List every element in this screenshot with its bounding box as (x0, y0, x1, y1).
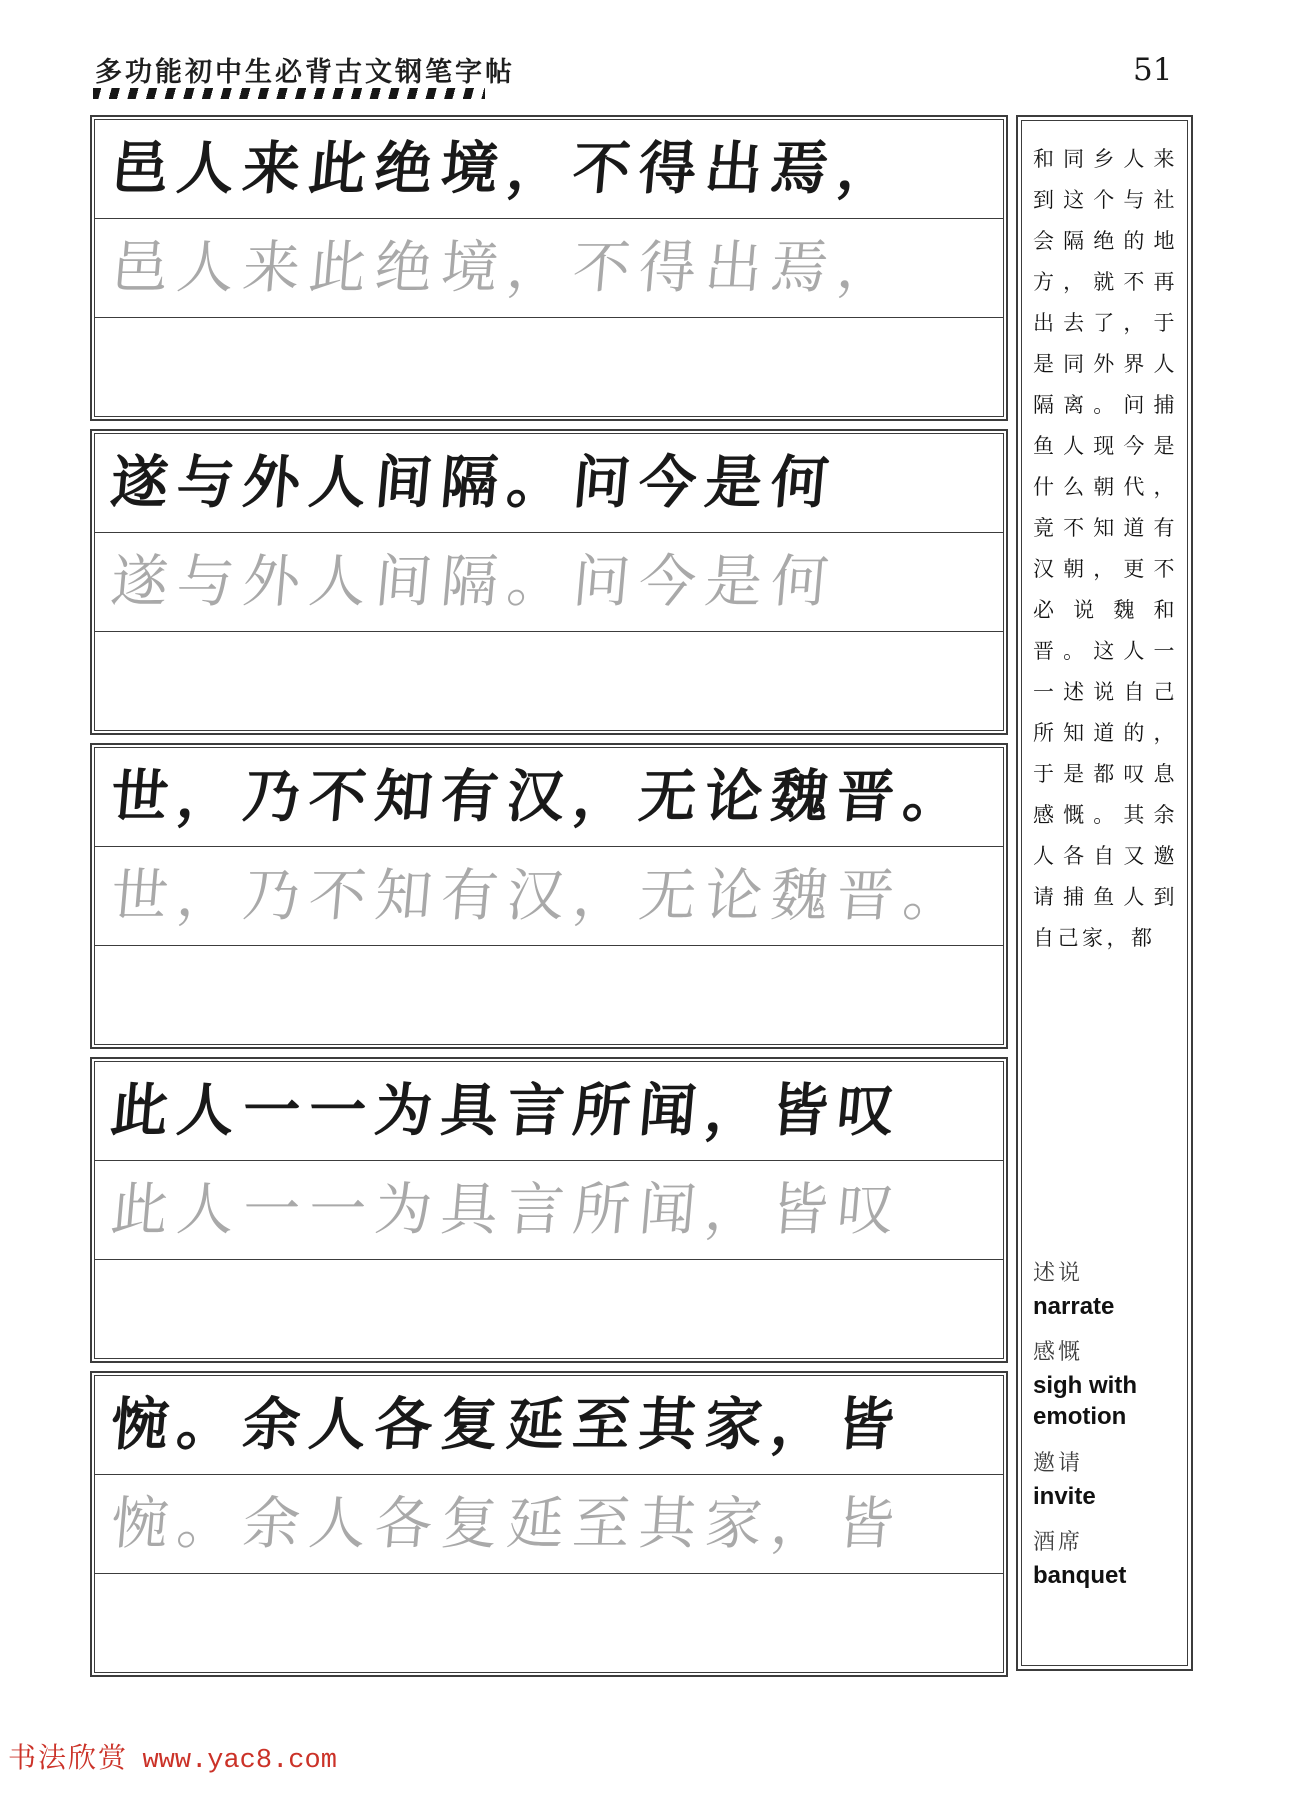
model-line: 惋。余人各复延至其家，皆 (95, 1376, 1003, 1475)
model-line-text: 遂与外人间隔。问今是何 (109, 455, 840, 512)
trace-line: 邑人来此绝境，不得出焉， (95, 219, 1003, 318)
model-line-text: 世，乃不知有汉，无论魏晋。 (109, 769, 972, 826)
practice-block-3: 世，乃不知有汉，无论魏晋。 世，乃不知有汉，无论魏晋。 (90, 743, 1008, 1049)
practice-block-1: 邑人来此绝境，不得出焉， 邑人来此绝境，不得出焉， (90, 115, 1008, 421)
trace-line-text: 遂与外人间隔。问今是何 (109, 554, 840, 611)
vocab-english: sigh with emotion (1033, 1370, 1173, 1432)
model-line: 遂与外人间隔。问今是何 (95, 434, 1003, 533)
empty-practice-line (95, 1574, 1003, 1672)
trace-line-text: 此人一一为具言所闻，皆叹 (109, 1182, 906, 1239)
trace-line: 惋。余人各复延至其家，皆 (95, 1475, 1003, 1574)
watermark-site-name: 书法欣赏 (8, 1741, 128, 1774)
empty-practice-line (95, 632, 1003, 730)
arrow-divider-decoration (93, 88, 485, 99)
watermark: 书法欣赏 www.yac8.com (8, 1736, 337, 1776)
model-line-text: 此人一一为具言所闻，皆叹 (109, 1083, 906, 1140)
practice-grid: 邑人来此绝境，不得出焉， 邑人来此绝境，不得出焉， 遂与外人间隔。问今是何 遂与… (90, 115, 1008, 1685)
vocab-item: 酒席 banquet (1033, 1525, 1173, 1591)
practice-block-1-inner: 邑人来此绝境，不得出焉， 邑人来此绝境，不得出焉， (94, 119, 1004, 417)
sidebar-inner: 和同乡人来到这个与社会隔绝的地方，就不再出去了，于是同外界人隔离。问捕鱼人现今是… (1021, 120, 1188, 1666)
vocab-item: 感慨 sigh with emotion (1033, 1335, 1173, 1432)
vocabulary-list: 述说 narrate 感慨 sigh with emotion 邀请 invit… (1033, 1256, 1173, 1604)
model-line-text: 惋。余人各复延至其家，皆 (109, 1397, 906, 1454)
trace-line-text: 惋。余人各复延至其家，皆 (109, 1496, 906, 1553)
model-line: 此人一一为具言所闻，皆叹 (95, 1062, 1003, 1161)
vocab-english: narrate (1033, 1291, 1173, 1322)
practice-block-4: 此人一一为具言所闻，皆叹 此人一一为具言所闻，皆叹 (90, 1057, 1008, 1363)
empty-practice-line (95, 1260, 1003, 1358)
vocab-item: 述说 narrate (1033, 1256, 1173, 1322)
model-line: 世，乃不知有汉，无论魏晋。 (95, 748, 1003, 847)
empty-practice-line (95, 946, 1003, 1044)
translation-text: 和同乡人来到这个与社会隔绝的地方，就不再出去了，于是同外界人隔离。问捕鱼人现今是… (1033, 139, 1178, 959)
page-number: 51 (1133, 52, 1172, 88)
empty-practice-line (95, 318, 1003, 416)
model-line-text: 邑人来此绝境，不得出焉， (109, 141, 906, 198)
practice-block-2-inner: 遂与外人间隔。问今是何 遂与外人间隔。问今是何 (94, 433, 1004, 731)
vocab-chinese: 邀请 (1033, 1446, 1173, 1477)
practice-block-5: 惋。余人各复延至其家，皆 惋。余人各复延至其家，皆 (90, 1371, 1008, 1677)
book-title: 多功能初中生必背古文钢笔字帖 (95, 50, 515, 89)
trace-line-text: 邑人来此绝境，不得出焉， (109, 240, 906, 297)
vocab-english: banquet (1033, 1560, 1173, 1591)
model-line: 邑人来此绝境，不得出焉， (95, 120, 1003, 219)
sidebar: 和同乡人来到这个与社会隔绝的地方，就不再出去了，于是同外界人隔离。问捕鱼人现今是… (1016, 115, 1193, 1671)
vocab-item: 邀请 invite (1033, 1446, 1173, 1512)
practice-block-4-inner: 此人一一为具言所闻，皆叹 此人一一为具言所闻，皆叹 (94, 1061, 1004, 1359)
practice-block-5-inner: 惋。余人各复延至其家，皆 惋。余人各复延至其家，皆 (94, 1375, 1004, 1673)
trace-line-text: 世，乃不知有汉，无论魏晋。 (109, 868, 972, 925)
trace-line: 遂与外人间隔。问今是何 (95, 533, 1003, 632)
trace-line: 此人一一为具言所闻，皆叹 (95, 1161, 1003, 1260)
practice-block-2: 遂与外人间隔。问今是何 遂与外人间隔。问今是何 (90, 429, 1008, 735)
trace-line: 世，乃不知有汉，无论魏晋。 (95, 847, 1003, 946)
practice-block-3-inner: 世，乃不知有汉，无论魏晋。 世，乃不知有汉，无论魏晋。 (94, 747, 1004, 1045)
watermark-site-url: www.yac8.com (142, 1746, 336, 1776)
vocab-english: invite (1033, 1481, 1173, 1512)
vocab-chinese: 酒席 (1033, 1525, 1173, 1556)
vocab-chinese: 述说 (1033, 1256, 1173, 1287)
vocab-chinese: 感慨 (1033, 1335, 1173, 1366)
